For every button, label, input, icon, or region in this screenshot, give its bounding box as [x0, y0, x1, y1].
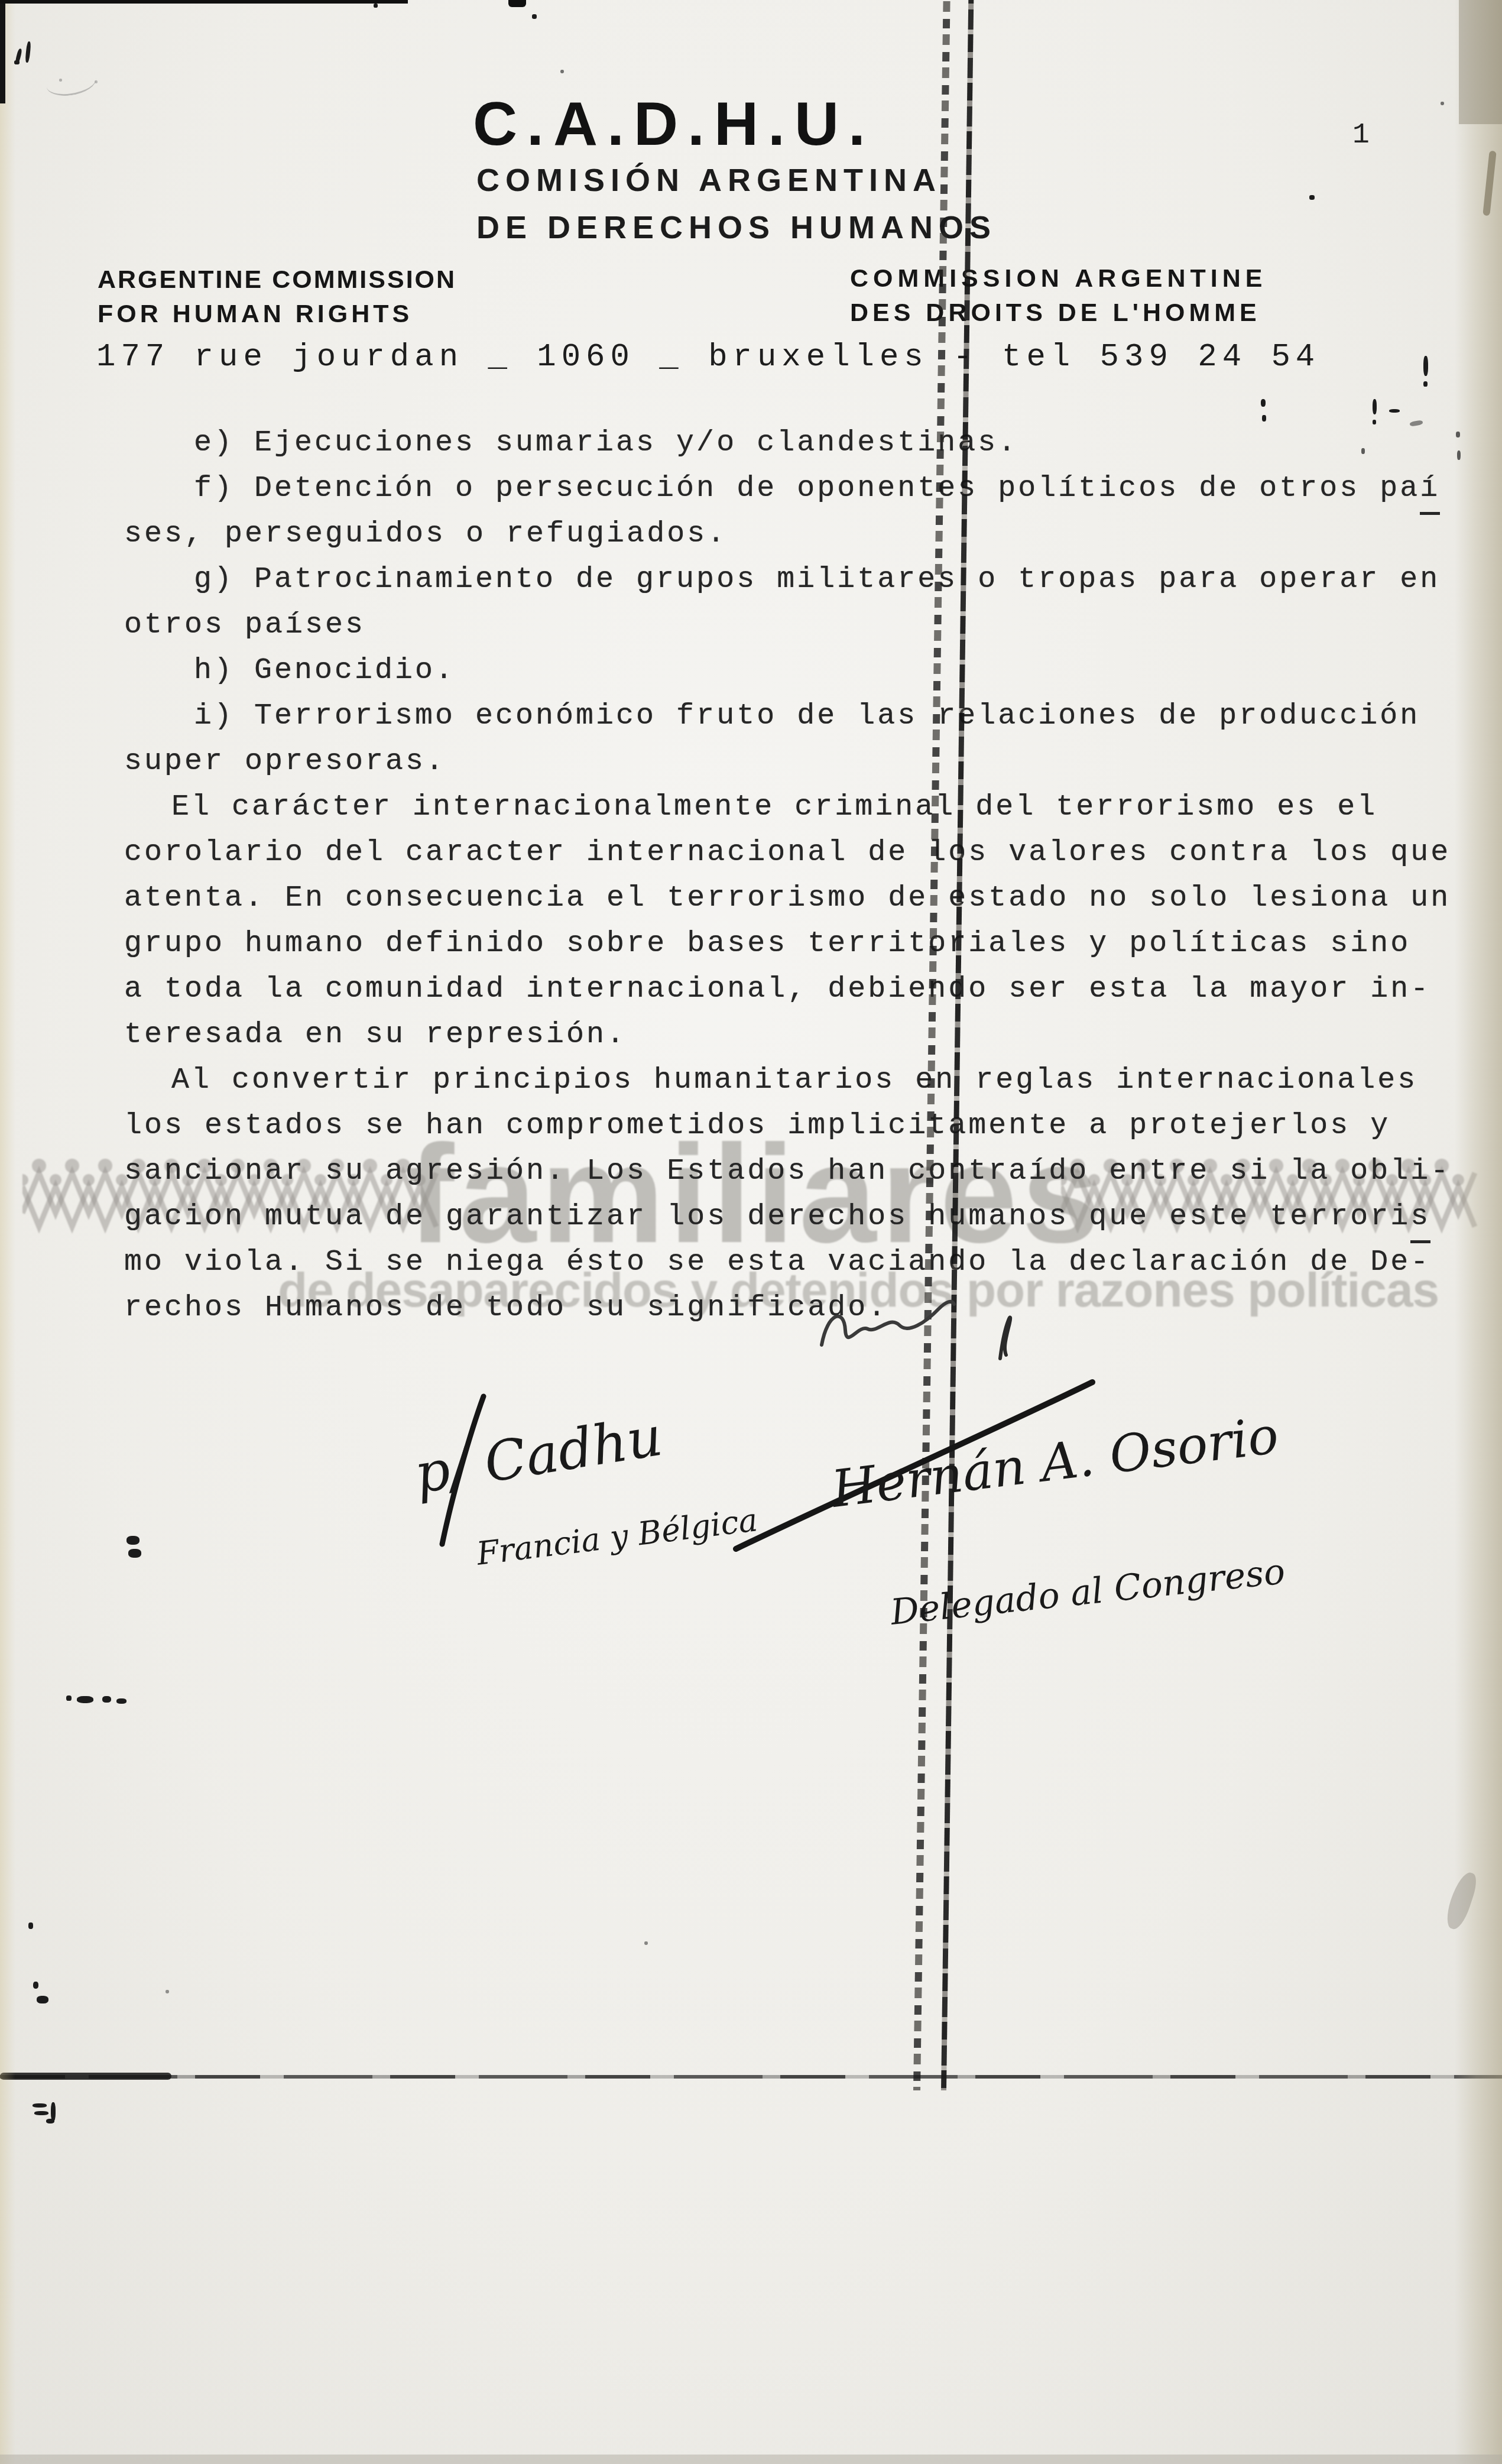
- org-name-es-line1: COMISIÓN ARGENTINA: [476, 164, 942, 196]
- page-number: 1: [1352, 121, 1370, 150]
- ink-speck: [95, 80, 98, 83]
- ink-speck: [34, 2111, 48, 2115]
- hyphenation-underline: [1410, 1240, 1430, 1243]
- ink-speck: [66, 1695, 72, 1701]
- body-line: e) Ejecuciones sumarias y/o clandestinas…: [194, 426, 1018, 461]
- body-line: ses, perseguidos o refugiados.: [124, 517, 727, 552]
- ink-speck: [59, 79, 62, 82]
- ink-speck: [532, 14, 537, 19]
- ink-speck: [1423, 356, 1428, 376]
- ink-speck: [644, 1941, 648, 1945]
- ink-speck: [37, 1996, 48, 2003]
- org-acronym: C.A.D.H.U.: [473, 93, 875, 155]
- ink-speck: [102, 1696, 111, 1703]
- ink-speck: [14, 60, 20, 64]
- org-name-fr-line1: COMMISSION ARGENTINE: [850, 266, 1267, 291]
- ink-speck: [1456, 432, 1460, 437]
- body-line: gacion mutua de garantizar los derechos …: [124, 1199, 1430, 1235]
- ink-speck: [126, 1536, 140, 1545]
- ink-speck: [33, 2103, 47, 2108]
- ink-speck: [1373, 420, 1376, 424]
- body-line: super opresoras.: [124, 744, 446, 780]
- ink-speck: [1441, 102, 1444, 105]
- body-line: f) Detención o persecución de oponentes …: [194, 471, 1440, 507]
- ink-speck: [166, 1990, 169, 1993]
- ink-speck: [374, 4, 378, 8]
- org-name-fr-line2: DES DROITS DE L'HOMME: [850, 300, 1261, 326]
- ink-speck: [560, 70, 564, 73]
- body-line: a toda la comunidad internacional, debie…: [124, 972, 1430, 1007]
- ink-speck: [1262, 415, 1266, 422]
- org-name-en-line2: FOR HUMAN RIGHTS: [98, 301, 413, 327]
- ink-speck: [1309, 195, 1315, 200]
- scanned-letter-page: familiares de desaparecidos y detenidos …: [0, 0, 1502, 2464]
- ink-speck: [28, 1922, 33, 1929]
- ink-speck: [1457, 450, 1461, 460]
- org-name-en-line1: ARGENTINE COMMISSION: [98, 267, 456, 293]
- body-line: sancionar su agresión. Los Estados han c…: [124, 1154, 1451, 1189]
- body-line: otros países: [124, 608, 365, 643]
- ink-speck: [116, 1698, 126, 1704]
- ink-speck: [77, 1696, 93, 1703]
- watermark-word: familiares: [408, 1124, 1104, 1263]
- body-line: grupo humano definido sobre bases territ…: [124, 926, 1410, 962]
- org-name-es-line2: DE DERECHOS HUMANOS: [476, 212, 997, 244]
- body-line: El carácter internacionalmente criminal …: [171, 790, 1377, 825]
- body-line: corolario del caracter internacional de …: [124, 835, 1451, 871]
- ink-speck: [1261, 399, 1266, 407]
- ink-speck: [1389, 409, 1400, 413]
- ink-speck: [33, 1982, 38, 1989]
- body-line: g) Patrocinamiento de grupos militares o…: [194, 562, 1440, 598]
- ink-speck: [1361, 448, 1365, 454]
- ink-speck: [46, 2119, 54, 2123]
- body-line: teresada en su represión.: [124, 1017, 627, 1053]
- body-line: Al convertir principios humanitarios en …: [171, 1063, 1417, 1098]
- ink-speck: [1423, 381, 1428, 387]
- body-line: los estados se han comprometidos implici…: [124, 1108, 1390, 1144]
- body-line: i) Terrorismo económico fruto de las rel…: [194, 699, 1420, 734]
- body-line: h) Genocidio.: [194, 653, 455, 689]
- ink-speck: [1373, 399, 1377, 414]
- hyphenation-underline: [1420, 512, 1440, 515]
- org-address: 177 rue jourdan _ 1060 _ bruxelles - tel…: [96, 342, 1320, 374]
- ink-speck: [128, 1549, 141, 1558]
- body-line: atenta. En consecuencia el terrorismo de…: [124, 881, 1451, 916]
